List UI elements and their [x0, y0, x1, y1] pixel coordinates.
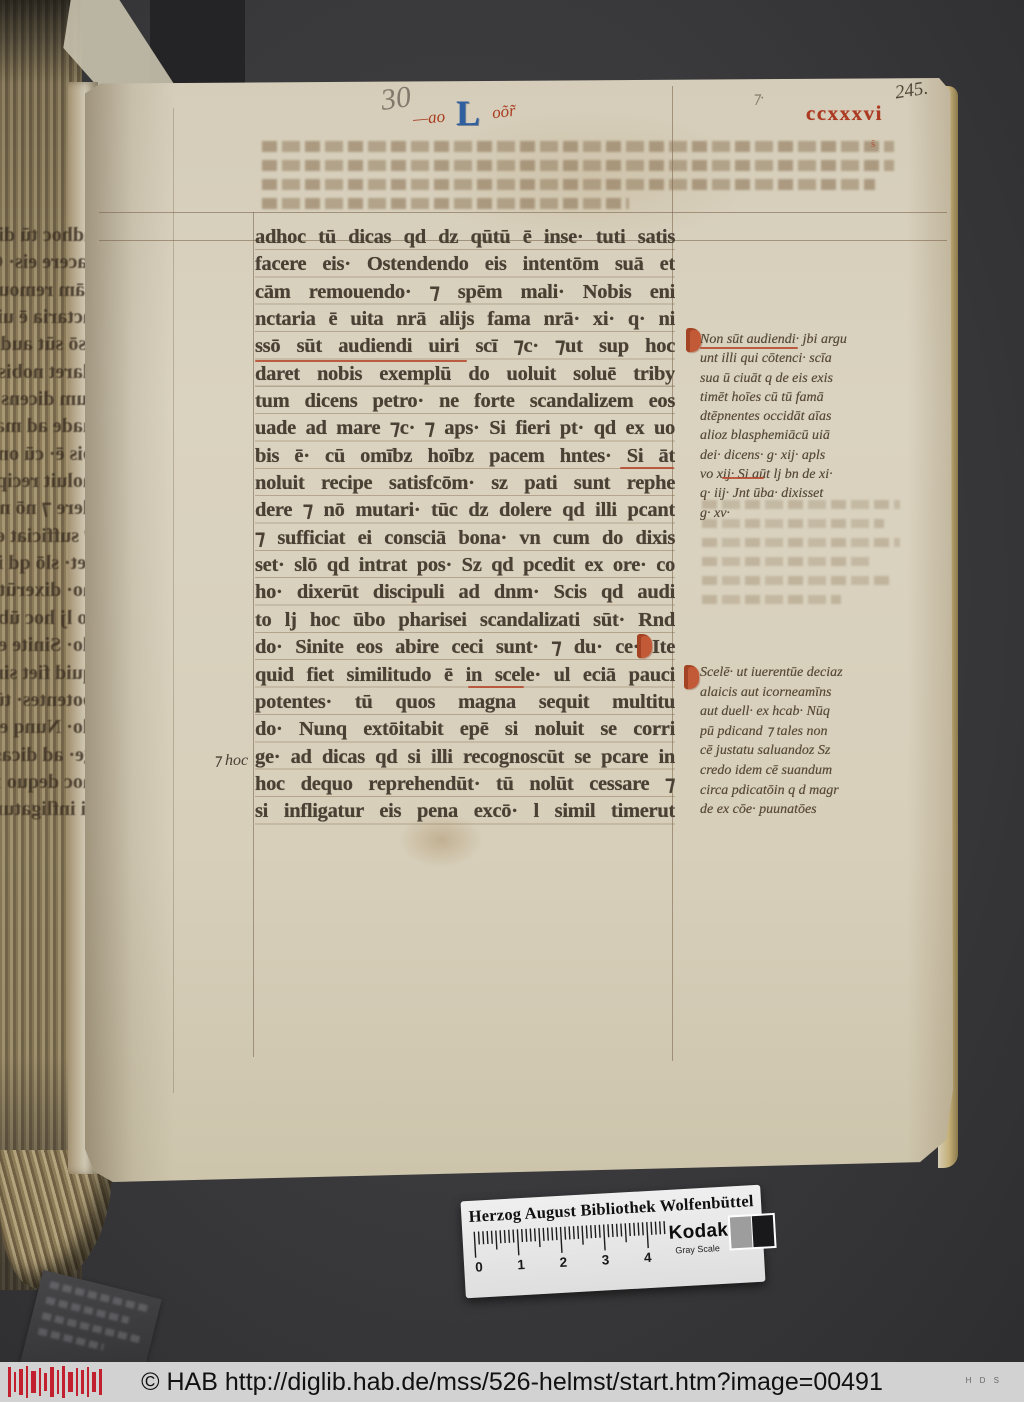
- showthrough-line: facere eis· Ostendendo eis intentōm suā …: [0, 249, 94, 276]
- showthrough-line: daret nobis exemplū do uoluit soluē trib…: [0, 359, 94, 386]
- manuscript-text-line: adhoc tū dicas qd dz qūtū ē inse· tuti s…: [255, 224, 675, 251]
- gray-patch: [730, 1216, 753, 1248]
- margin-note-line: pū pdicand ⁊ tales non: [700, 722, 906, 742]
- manuscript-text-line: noluit recipe satisfcōm· sz pati sunt re…: [255, 470, 675, 497]
- manuscript-text-line: bis ē· cū omībz hoībz pacem hntes· Si āt: [255, 443, 675, 470]
- showthrough-line: ssō sūt audiendi uiri scī ⁊c· ⁊ut sup ho…: [0, 331, 94, 358]
- black-patch: [752, 1215, 775, 1247]
- margin-note-line: timēt hoīes cū tū famā: [700, 388, 906, 407]
- margin-note-line: vo xij· Si aūt lj bn de xi·: [700, 465, 906, 484]
- showthrough-line: noluit recipe satisfcōm· sz pati sunt re…: [0, 468, 94, 495]
- showthrough-row: [262, 160, 894, 171]
- kodak-gray-scale-card: Herzog August Bibliothek Wolfenbüttel 0 …: [461, 1185, 766, 1299]
- manuscript-text-line: do· Nunq extōitabit epē si noluit se cor…: [255, 716, 675, 743]
- margin-note-right-2: Scelē· ut iuerentūe deciazalaicis aut ic…: [700, 663, 906, 820]
- showthrough-line: si infligatur eis pena excō· l simil tim…: [0, 796, 94, 823]
- margin-note-line: q· iij· Jnt ūba· dixisset: [700, 484, 906, 503]
- cm-ruler: 0 1 2 3 4: [470, 1219, 669, 1282]
- manuscript-text-line: cām remouendo· ⁊ spēm mali· Nobis eni: [255, 279, 675, 306]
- manuscript-text-line: ge· ad dicas qd si illi recognoscūt se p…: [255, 744, 675, 771]
- margin-note-line: dtēpnentes occidāt aīas: [700, 407, 906, 426]
- margin-note-line: unt illi qui cōtenci· scīa: [700, 349, 906, 368]
- showthrough-row: [702, 595, 841, 604]
- red-underline: [255, 360, 467, 362]
- showthrough-row: [702, 538, 900, 547]
- showthrough-row: [702, 576, 890, 585]
- margin-note-line: cē justatu saluandoz Sz: [700, 741, 906, 761]
- showthrough-line: do· Nunq extōitabit epē si noluit se cor…: [0, 714, 94, 741]
- margin-note-line: credo idem cē suandum: [700, 761, 906, 781]
- red-penwork-flourish-left: —ao: [412, 107, 446, 130]
- copyright-url-caption: © HAB http://diglib.hab.de/mss/526-helms…: [0, 1362, 1024, 1402]
- showthrough-line: adhoc tū dicas qd dz qūtū ē inse· tuti s…: [0, 222, 94, 249]
- manuscript-text-line: to lj hoc ūbo pharisei scandalizati sūt·…: [255, 607, 675, 634]
- showthrough-row: [262, 198, 629, 209]
- caption-bar: © HAB http://diglib.hab.de/mss/526-helms…: [0, 1362, 1024, 1402]
- manuscript-text-line: quid fiet similitudo ē in scele· ul eciā…: [255, 662, 675, 689]
- main-text-block: adhoc tū dicas qd dz qūtū ē inse· tuti s…: [255, 224, 675, 830]
- showthrough-line: to lj hoc ūbo pharisei scandalizati sūt·…: [0, 605, 94, 632]
- showthrough-row: [702, 557, 870, 566]
- showthrough-line: ⁊ sufficiat ei consciā bona· vn cum do d…: [0, 523, 94, 550]
- margin-note-line: dei· dicens· g· xij· apls: [700, 446, 906, 465]
- margin-note-line: aut duell· ex hcab· Nūq: [700, 702, 906, 722]
- showthrough-line: set· slō qd intrat pos· Sz qd pcedit ex …: [0, 550, 94, 577]
- margin-note-line: Scelē· ut iuerentūe deciaz: [700, 663, 906, 683]
- showthrough-line: bis ē· cū omībz hoībz pacem hntes· Si āt: [0, 441, 94, 468]
- manuscript-text-line: si infligatur eis pena excō· l simil tim…: [255, 798, 675, 825]
- showthrough-line: cām remouendo· ⁊ spēm mali· Nobis eni: [0, 277, 94, 304]
- showthrough-top-region: [262, 141, 894, 217]
- showthrough-line: nctaria ē uita nrā alijs fama nrā· xi· q…: [0, 304, 94, 331]
- manuscript-text-line: hoc dequo reprehendūt· tū nolūt cessare …: [255, 771, 675, 798]
- red-underline: [468, 686, 524, 688]
- manuscript-text-line: potentes· tū quos magna sequit multitu: [255, 689, 675, 716]
- showthrough-line: tum dicens petro· ne forte scandalizem e…: [0, 386, 94, 413]
- showthrough-line: dere ⁊ nō mutari· tūc dz dolere qd illi …: [0, 495, 94, 522]
- gray-scale-label: Gray Scale: [669, 1243, 725, 1256]
- showthrough-line: ho· dixerūt discipuli ad dnm· Scis qd au…: [0, 577, 94, 604]
- pencil-foliation-number: 30: [379, 80, 413, 118]
- margin-note-line: alioz blasphemiācū uiā: [700, 426, 906, 445]
- photographer-initials: H D S: [966, 1376, 1002, 1385]
- margin-note-line: alaicis aut icorneamīns: [700, 683, 906, 703]
- manuscript-text-line: ho· dixerūt discipuli ad dnm· Scis qd au…: [255, 579, 675, 606]
- showthrough-line: ge· ad dicas qd si illi recognoscūt se p…: [0, 742, 94, 769]
- margin-note-line: de ex cōe· puunatōes: [700, 800, 906, 820]
- red-underline: [722, 477, 764, 479]
- manuscript-text-line: tum dicens petro· ne forte scandalizem e…: [255, 388, 675, 415]
- showthrough-line: hoc dequo reprehendūt· tū nolūt cessare …: [0, 769, 94, 796]
- ruling-line-left-margin: [173, 108, 174, 1093]
- manuscript-text-line: uade ad mare ⁊c· ⁊ aps· Si fieri pt· qd …: [255, 415, 675, 442]
- showthrough-line: quid fiet similitudo ē in scele· ul eciā…: [0, 660, 94, 687]
- digitized-manuscript-photo: adhoc tū dicas qd dz qūtū ē inse· tuti s…: [0, 0, 1024, 1402]
- manuscript-text-line: daret nobis exemplū do uoluit soluē trib…: [255, 361, 675, 388]
- red-roman-folio-number: ccxxxvi: [806, 101, 883, 126]
- margin-note-line: circa pdicatōin q d magr: [700, 781, 906, 801]
- manuscript-text-line: ⁊ sufficiat ei consciā bona· vn cum do d…: [255, 525, 675, 552]
- pen-trial-mark: ⁊·: [752, 88, 764, 108]
- kodak-label-column: Kodak Gray Scale: [668, 1220, 726, 1256]
- showthrough-line: do· Sinite eos abire ceci sunt· ⁊ du· ce…: [0, 632, 94, 659]
- small-red-mark: ŝ: [871, 138, 875, 150]
- manuscript-text-line: set· slō qd intrat pos· Sz qd pcedit ex …: [255, 552, 675, 579]
- margin-note-right-1: Non sūt audiendi· jbi arguunt illi qui c…: [700, 330, 906, 523]
- manuscript-text-line: dere ⁊ nō mutari· tūc dz dolere qd illi …: [255, 497, 675, 524]
- showthrough-line: potentes· tū quos magna sequit multitu: [0, 687, 94, 714]
- showthrough-row: [262, 141, 894, 152]
- gray-scale-patches: [728, 1213, 777, 1251]
- showthrough-row: [262, 179, 875, 190]
- margin-note-line: g· xv·: [700, 504, 906, 523]
- red-underline: [700, 347, 798, 349]
- manuscript-text-line: do· Sinite eos abire ceci sunt· ⁊ du· ce…: [255, 634, 675, 661]
- manuscript-text-line: ssō sūt audiendi uiri scī ⁊c· ⁊ut sup ho…: [255, 333, 675, 360]
- facing-page-showthrough-text: adhoc tū dicas qd dz qūtū ē inse· tuti s…: [0, 222, 94, 850]
- showthrough-line: uade ad mare ⁊c· ⁊ aps· Si fieri pt· qd …: [0, 413, 94, 440]
- red-penwork-flourish-right: oõr̃: [491, 101, 517, 124]
- red-underline: [620, 467, 674, 469]
- kodak-brand-label: Kodak: [668, 1220, 725, 1245]
- ruling-line-text-left: [253, 212, 254, 1057]
- manuscript-text-line: nctaria ē uita nrā alijs fama nrā· xi· q…: [255, 306, 675, 333]
- margin-note-line: sua ū ciuāt q de eis exis: [700, 369, 906, 388]
- margin-note-left-hoc: ⁊ hoc: [213, 750, 248, 770]
- blue-decorated-initial: L: [456, 92, 480, 134]
- manuscript-text-line: facere eis· Ostendendo eis intentōm suā …: [255, 251, 675, 278]
